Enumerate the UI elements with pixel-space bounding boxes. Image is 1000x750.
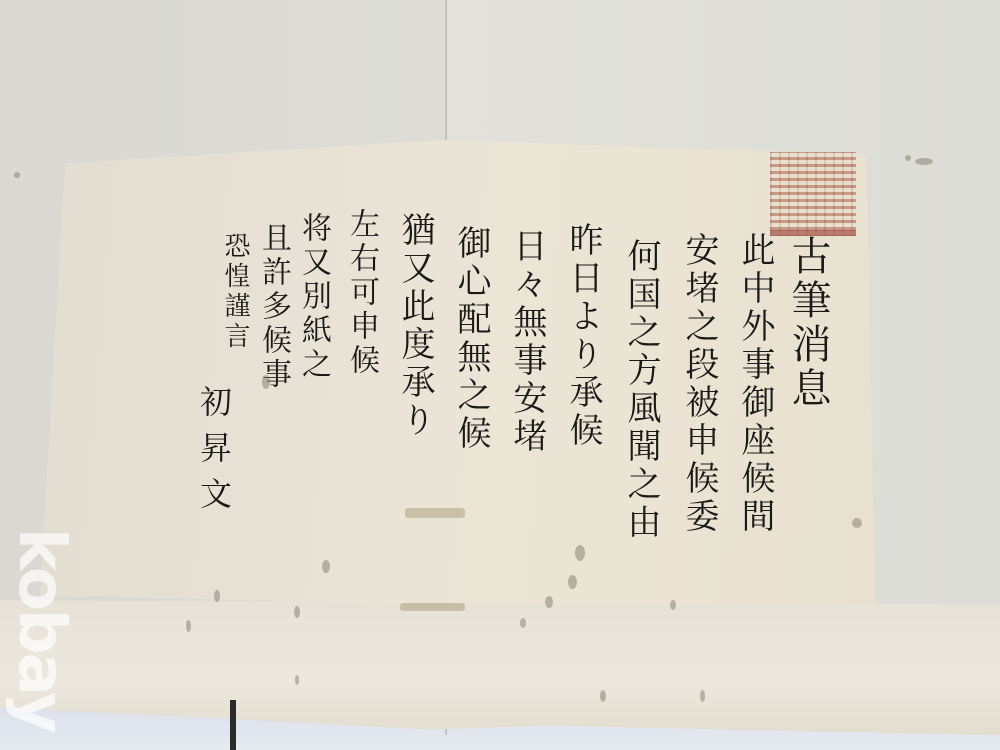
letter-title: 古筆消息	[788, 235, 828, 411]
repair-tape	[400, 603, 465, 611]
stain-spot	[520, 618, 526, 628]
calligraphy-column: 将又別紙之	[298, 212, 328, 382]
stain-spot	[905, 155, 911, 161]
repair-tape	[405, 508, 465, 518]
stain-spot	[294, 606, 300, 618]
stain-spot	[852, 518, 862, 528]
stain-spot	[915, 158, 933, 165]
calligraphy-column: 何国之方風聞之由	[624, 238, 658, 542]
stain-spot	[14, 172, 20, 178]
stain-spot	[575, 545, 585, 561]
stain-spot	[262, 375, 270, 389]
calligraphy-column: 日々無事安堵	[510, 228, 544, 456]
calligraphy-column: 此中外事御座候間	[738, 232, 772, 536]
stain-spot	[322, 560, 330, 573]
calligraphy-column: 恐惶謹言	[222, 232, 248, 352]
stain-spot	[600, 690, 606, 702]
stain-spot	[545, 596, 553, 608]
calligraphy-column: 安堵之段被申候委	[682, 232, 716, 536]
calligraphy-column: 昨日より承候	[566, 222, 600, 450]
stain-spot	[295, 675, 299, 685]
calligraphy-column: 且許多候事	[258, 222, 288, 392]
signature: 初昇文	[198, 385, 230, 523]
red-seal-stamp	[770, 152, 856, 236]
stain-spot	[186, 620, 191, 632]
photo-stage: 古筆消息 此中外事御座候間 安堵之段被申候委 何国之方風聞之由 昨日より承候 日…	[0, 0, 1000, 750]
calligraphy-column: 左右可申候	[346, 208, 376, 378]
watermark: kobay	[4, 528, 78, 732]
floor-pole	[230, 700, 236, 750]
stain-spot	[670, 600, 676, 610]
calligraphy-column: 御心配無之候	[454, 225, 488, 453]
lower-backing-band	[0, 600, 1000, 735]
stain-spot	[700, 690, 705, 702]
stain-spot	[214, 590, 220, 602]
stain-spot	[568, 575, 577, 589]
calligraphy-column: 猶又此度承り	[398, 212, 432, 440]
